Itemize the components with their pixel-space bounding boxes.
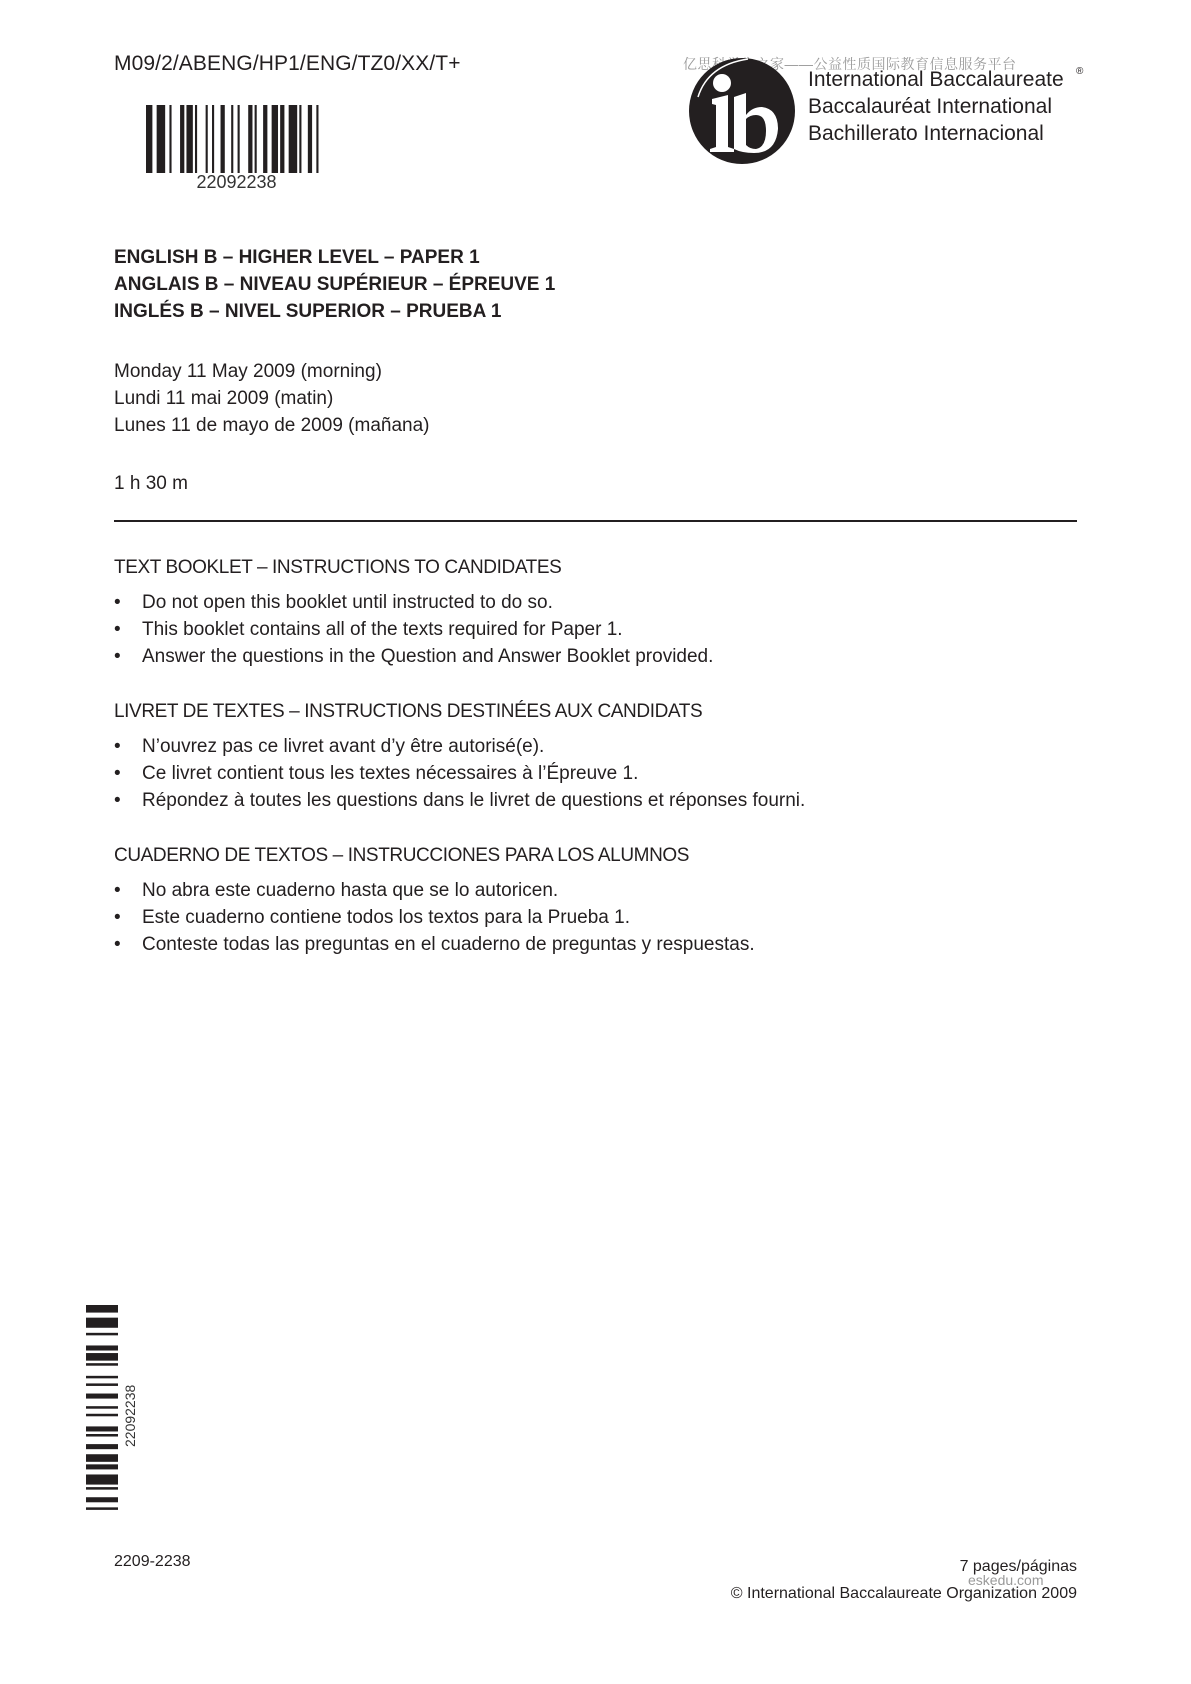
list-item: •Do not open this booklet until instruct… bbox=[114, 589, 713, 616]
date-spanish: Lunes 11 de mayo de 2009 (mañana) bbox=[114, 412, 429, 439]
list-item: •Ce livret contient tous les textes néce… bbox=[114, 760, 805, 787]
list-item: •Answer the questions in the Question an… bbox=[114, 643, 713, 670]
divider bbox=[114, 520, 1077, 522]
list-item: •Répondez à toutes les questions dans le… bbox=[114, 787, 805, 814]
exam-duration: 1 h 30 m bbox=[114, 473, 188, 495]
instructions-english: TEXT BOOKLET – INSTRUCTIONS TO CANDIDATE… bbox=[114, 557, 713, 670]
section-heading: LIVRET DE TEXTES – INSTRUCTIONS DESTINÉE… bbox=[114, 701, 805, 723]
org-name-es: Bachillerato Internacional bbox=[808, 120, 1064, 147]
org-names: International Baccalaureate Baccalauréat… bbox=[808, 66, 1064, 147]
bullet-icon: • bbox=[114, 616, 121, 643]
barcode-icon bbox=[146, 105, 327, 173]
side-barcode-icon bbox=[86, 1305, 118, 1520]
date-english: Monday 11 May 2009 (morning) bbox=[114, 358, 429, 385]
list-item: •Este cuaderno contiene todos los textos… bbox=[114, 904, 755, 931]
document-number: 2209-2238 bbox=[114, 1553, 191, 1571]
title-english: ENGLISH B – HIGHER LEVEL – PAPER 1 bbox=[114, 244, 555, 271]
list-item: •No abra este cuaderno hasta que se lo a… bbox=[114, 877, 755, 904]
side-barcode-number: 22092238 bbox=[122, 1385, 138, 1447]
bullet-icon: • bbox=[114, 931, 121, 958]
section-heading: TEXT BOOKLET – INSTRUCTIONS TO CANDIDATE… bbox=[114, 557, 713, 579]
instructions-spanish: CUADERNO DE TEXTOS – INSTRUCCIONES PARA … bbox=[114, 845, 755, 958]
barcode-number: 22092238 bbox=[146, 172, 327, 193]
bullet-icon: • bbox=[114, 877, 121, 904]
bullet-icon: • bbox=[114, 589, 121, 616]
ib-logo-icon bbox=[688, 57, 796, 165]
bullet-icon: • bbox=[114, 760, 121, 787]
list-item: •N’ouvrez pas ce livret avant d’y être a… bbox=[114, 733, 805, 760]
exam-dates: Monday 11 May 2009 (morning) Lundi 11 ma… bbox=[114, 358, 429, 439]
section-heading: CUADERNO DE TEXTOS – INSTRUCCIONES PARA … bbox=[114, 845, 755, 867]
instructions-french: LIVRET DE TEXTES – INSTRUCTIONS DESTINÉE… bbox=[114, 701, 805, 814]
paper-titles: ENGLISH B – HIGHER LEVEL – PAPER 1 ANGLA… bbox=[114, 244, 555, 325]
org-name-en: International Baccalaureate bbox=[808, 66, 1064, 93]
bullet-icon: • bbox=[114, 643, 121, 670]
org-name-fr: Baccalauréat International bbox=[808, 93, 1064, 120]
list-item: •This booklet contains all of the texts … bbox=[114, 616, 713, 643]
registered-mark: ® bbox=[1076, 66, 1083, 77]
list-item: •Conteste todas las preguntas en el cuad… bbox=[114, 931, 755, 958]
date-french: Lundi 11 mai 2009 (matin) bbox=[114, 385, 429, 412]
bullet-icon: • bbox=[114, 733, 121, 760]
title-spanish: INGLÉS B – NIVEL SUPERIOR – PRUEBA 1 bbox=[114, 298, 555, 325]
bullet-icon: • bbox=[114, 787, 121, 814]
watermark-site: eskedu.com bbox=[968, 1572, 1043, 1588]
bullet-icon: • bbox=[114, 904, 121, 931]
paper-code: M09/2/ABENG/HP1/ENG/TZ0/XX/T+ bbox=[114, 52, 461, 76]
title-french: ANGLAIS B – NIVEAU SUPÉRIEUR – ÉPREUVE 1 bbox=[114, 271, 555, 298]
